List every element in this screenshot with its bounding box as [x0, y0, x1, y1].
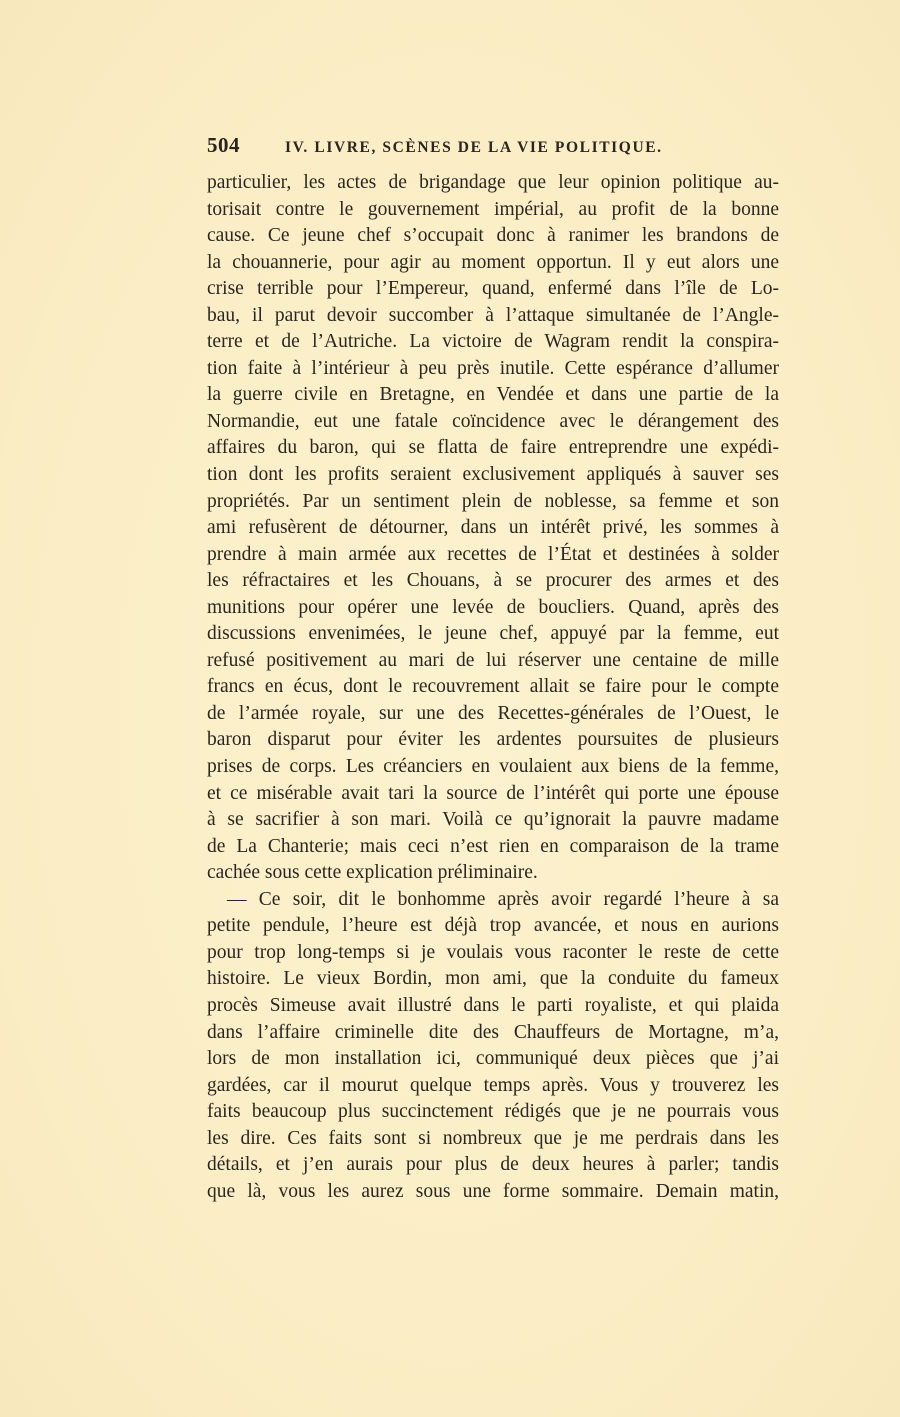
text-line: bau, il parut devoir succomber à l’attaq… [207, 303, 779, 330]
text-line: les réfractaires et les Chouans, à se pr… [207, 568, 779, 595]
body-text: particulier, les actes de brigandage que… [207, 170, 779, 1205]
text-line: gardées, car il mourut quelque temps apr… [207, 1073, 779, 1100]
text-line: lors de mon installation ici, communiqué… [207, 1046, 779, 1073]
text-line: prendre à main armée aux recettes de l’É… [207, 542, 779, 569]
text-line: affaires du baron, qui se flatta de fair… [207, 435, 779, 462]
text-line: la guerre civile en Bretagne, en Vendée … [207, 382, 779, 409]
text-line: prises de corps. Les créanciers en voula… [207, 754, 779, 781]
text-line: histoire. Le vieux Bordin, mon ami, que … [207, 966, 779, 993]
text-line: et ce misérable avait tari la source de … [207, 781, 779, 808]
text-line: tion dont les profits seraient exclusive… [207, 462, 779, 489]
text-line: de La Chanterie; mais ceci n’est rien en… [207, 834, 779, 861]
text-line: de l’armée royale, sur une des Recettes-… [207, 701, 779, 728]
text-line: faits beaucoup plus succinctement rédigé… [207, 1099, 779, 1126]
page-number: 504 [207, 133, 285, 158]
text-line: tion faite à l’intérieur à peu près inut… [207, 356, 779, 383]
text-line: détails, et j’en aurais pour plus de deu… [207, 1152, 779, 1179]
text-line: à se sacrifier à son mari. Voilà ce qu’i… [207, 807, 779, 834]
book-page: 504 IV. LIVRE, SCÈNES DE LA VIE POLITIQU… [0, 0, 900, 1417]
text-line: baron disparut pour éviter les ardentes … [207, 727, 779, 754]
text-line: ami refusèrent de détourner, dans un int… [207, 515, 779, 542]
text-line: torisait contre le gouvernement impérial… [207, 197, 779, 224]
text-line: terre et de l’Autriche. La victoire de W… [207, 329, 779, 356]
text-line: cause. Ce jeune chef s’occupait donc à r… [207, 223, 779, 250]
text-line: les dire. Ces faits sont si nombreux que… [207, 1126, 779, 1153]
text-line: procès Simeuse avait illustré dans le pa… [207, 993, 779, 1020]
text-line: propriétés. Par un sentiment plein de no… [207, 489, 779, 516]
dialogue-start-line: — Ce soir, dit le bonhomme après avoir r… [207, 887, 779, 914]
page-header: 504 IV. LIVRE, SCÈNES DE LA VIE POLITIQU… [207, 133, 782, 158]
text-line: dans l’affaire criminelle dite des Chauf… [207, 1020, 779, 1047]
text-line: particulier, les actes de brigandage que… [207, 170, 779, 197]
text-line: pour trop long-temps si je voulais vous … [207, 940, 779, 967]
text-line: Normandie, eut une fatale coïncidence av… [207, 409, 779, 436]
paragraph-end-line: cachée sous cette explication préliminai… [207, 860, 779, 887]
text-line: discussions envenimées, le jeune chef, a… [207, 621, 779, 648]
text-line: petite pendule, l’heure est déjà trop av… [207, 913, 779, 940]
text-line: francs en écus, dont le recouvrement all… [207, 674, 779, 701]
text-line: que là, vous les aurez sous une forme so… [207, 1179, 779, 1206]
text-line: crise terrible pour l’Empereur, quand, e… [207, 276, 779, 303]
text-line: refusé positivement au mari de lui réser… [207, 648, 779, 675]
text-line: la chouannerie, pour agir au moment oppo… [207, 250, 779, 277]
running-head: IV. LIVRE, SCÈNES DE LA VIE POLITIQUE. [285, 139, 663, 157]
text-line: munitions pour opérer une levée de boucl… [207, 595, 779, 622]
